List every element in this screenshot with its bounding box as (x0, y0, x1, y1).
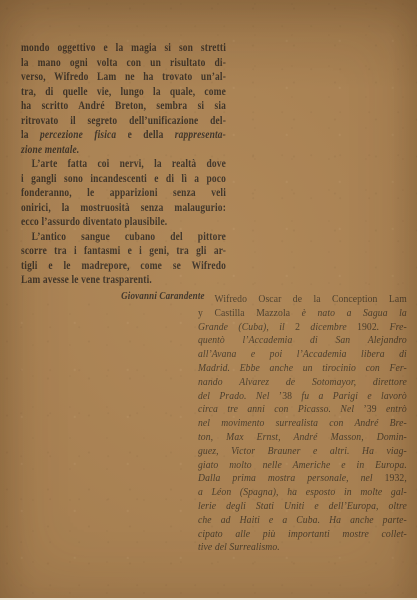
text-line: ecco l’assurdo diventato plausibile. (21, 215, 226, 230)
text-line: a Léon (Spagna), ha esposto in molte gal… (198, 486, 407, 500)
text-line: y Castilla Mazzola è nato a Sagua la (198, 307, 407, 321)
biography-text-block: Wifredo Oscar de la Conception Lamy Cast… (198, 293, 407, 555)
text-line: guez, Victor Brauner e altri. Ha viag- (198, 445, 407, 459)
text-line: ton, Max Ernst, André Masson, Domin- (198, 431, 407, 445)
intro-paragraphs: mondo oggettivo e la magia si son strett… (21, 41, 226, 288)
text-line: all’Avana e poi l’Accademia libera di (198, 348, 407, 362)
text-line: tra, di quelle vie, lungo la quale, come (21, 85, 226, 100)
text-line: L’antico sangue cubano del pittore (21, 230, 226, 245)
text-line: la percezione fisica e della rappresenta… (21, 128, 226, 143)
author-signature: Giovanni Carandente (21, 289, 226, 304)
text-line: che ad Haiti e a Cuba. Ha anche parte- (198, 514, 407, 528)
text-line: Wifredo Oscar de la Conception Lam (198, 293, 407, 307)
text-line: i gangli sono incandescenti e di lì a po… (21, 172, 226, 187)
text-line: Dalla prima mostra personale, nel 1932, (198, 472, 407, 486)
text-line: nel movimento surrealista con André Bre- (198, 417, 407, 431)
text-line: quentò l’Accademia di San Alejandro (198, 334, 407, 348)
text-line: Grande (Cuba), il 2 dicembre 1902. Fre- (198, 321, 407, 335)
text-line: Lam avesse le vene trasparenti. (21, 273, 226, 288)
text-line: circa tre anni con Picasso. Nel ’39 entr… (198, 403, 407, 417)
text-line: giato molto nelle Americhe e in Europa. (198, 459, 407, 473)
text-line: cipato alle più importanti mostre collet… (198, 528, 407, 542)
text-line: fonderanno, le apparizioni senza veli (21, 186, 226, 201)
text-line: scorre tra i fantasmi e i geni, tra gli … (21, 244, 226, 259)
text-line: zione mentale. (21, 143, 226, 158)
text-line: ritrovato il segreto dell’unificazione d… (21, 114, 226, 129)
text-line: tive del Surrealismo. (198, 541, 407, 555)
text-line: onirici, la mostruosità senza malaugurio… (21, 201, 226, 216)
text-line: L’arte fatta coi nervi, la realtà dove (21, 157, 226, 172)
text-line: Madrid. Ebbe anche un tirocinio con Fer- (198, 362, 407, 376)
intro-text-block: mondo oggettivo e la magia si son strett… (21, 41, 226, 303)
text-line: del Prado. Nel ’38 fu a Parigi e lavorò (198, 390, 407, 404)
text-line: tigli e le madrepore, come se Wifredo (21, 259, 226, 274)
text-line: lerie degli Stati Uniti e dell’Europa, o… (198, 500, 407, 514)
biography-paragraphs: Wifredo Oscar de la Conception Lamy Cast… (198, 293, 407, 555)
text-line: ha scritto André Breton, sembra si sia (21, 99, 226, 114)
text-line: la mano ogni volta con un risultato di- (21, 56, 226, 71)
text-line: verso, Wifredo Lam ne ha trovato un’al- (21, 70, 226, 85)
text-line: mondo oggettivo e la magia si son strett… (21, 41, 226, 56)
text-line: nando Alvarez de Sotomayor, direttore (198, 376, 407, 390)
